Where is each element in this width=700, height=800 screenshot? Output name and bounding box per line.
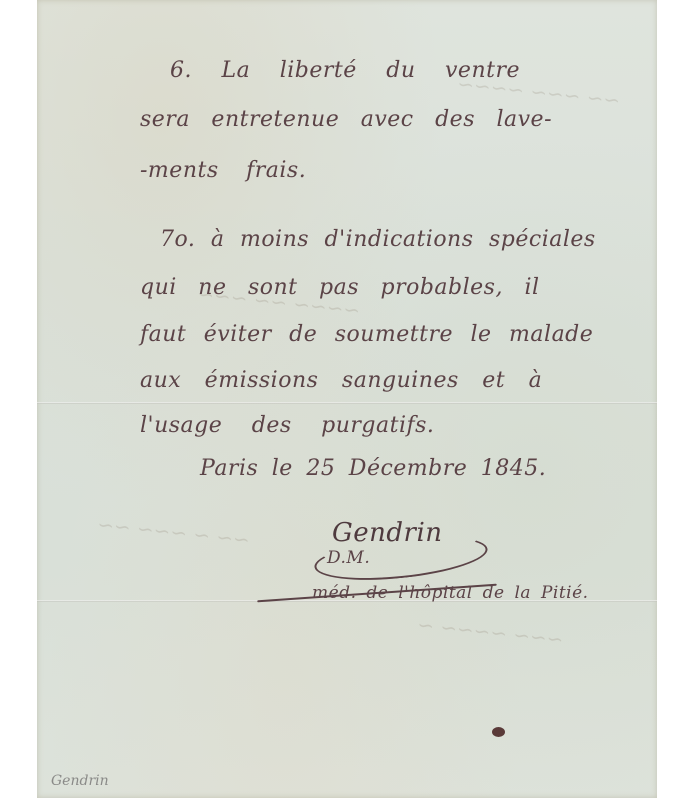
paragraph-7-line-1: 7o. à moins d'indications spéciales xyxy=(160,227,596,252)
letter-page: ~~ ~~~ ~~~~ ~~~~ ~~ ~~~ ~~ ~ ~~~ ~~ ~~~ … xyxy=(37,0,657,798)
paragraph-6-line-3: -ments frais. xyxy=(140,158,306,183)
paragraph-6-line-1: 6. La liberté du ventre xyxy=(170,58,520,83)
paragraph-7-line-4: aux émissions sanguines et à xyxy=(140,368,542,393)
signature-position: méd. de l'hôpital de la Pitié. xyxy=(312,583,589,603)
paragraph-7-line-3: faut éviter de soumettre le malade xyxy=(140,322,593,347)
ink-blot xyxy=(492,727,505,737)
pencil-annotation: Gendrin xyxy=(51,773,109,789)
paragraph-7-line-2: qui ne sont pas probables, il xyxy=(140,275,540,300)
paragraph-7-line-5: l'usage des purgatifs. xyxy=(140,413,434,438)
fold-crease xyxy=(37,402,657,404)
bleed-through-text: ~~ ~ ~~~ ~~ xyxy=(96,512,251,552)
bleed-through-text: ~~~ ~~~~ ~ xyxy=(416,612,564,651)
signature-title: D.M. xyxy=(327,548,370,568)
dateline: Paris le 25 Décembre 1845. xyxy=(200,456,546,481)
paragraph-6-line-2: sera entretenue avec des lave- xyxy=(140,107,552,132)
